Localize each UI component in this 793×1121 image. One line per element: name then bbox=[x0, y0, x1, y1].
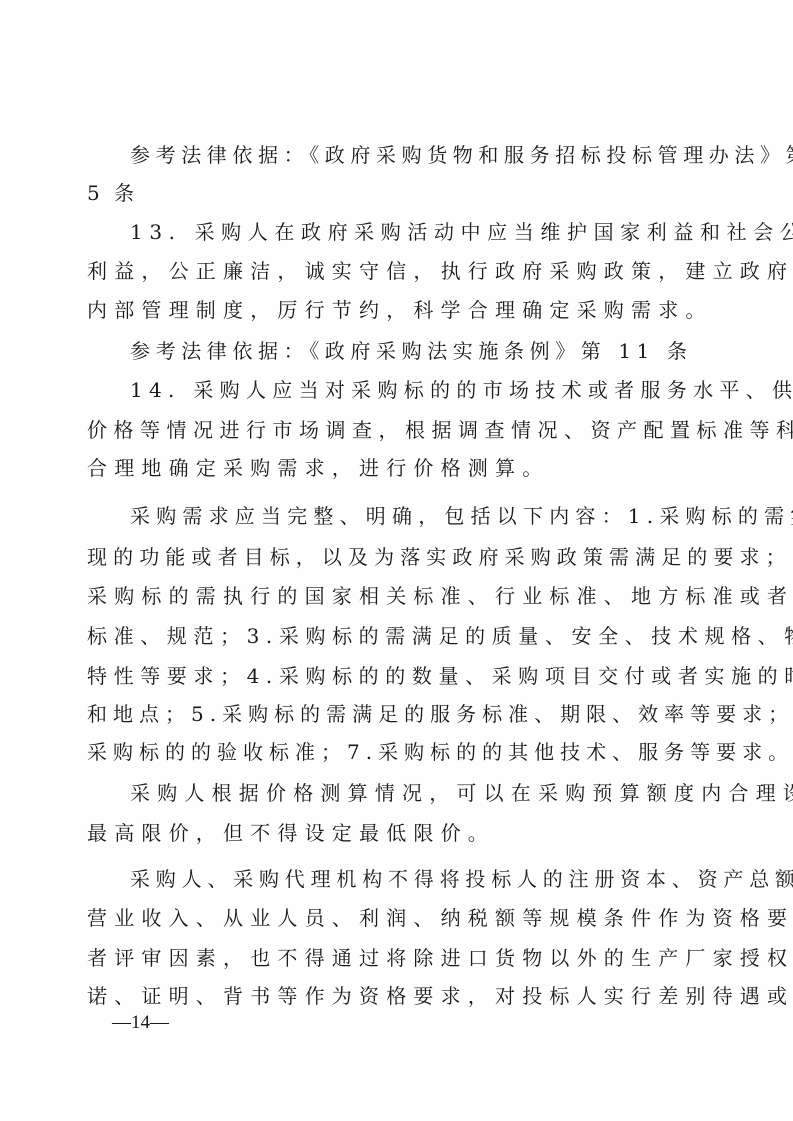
text-line: 采购标的需执行的国家相关标准、行业标准、地方标准或者其他 bbox=[87, 584, 697, 608]
text-line: 营业收入、从业人员、利润、纳税额等规模条件作为资格要求或 bbox=[87, 906, 697, 930]
text-line: 标准、规范；3.采购标的需满足的质量、安全、技术规格、物理 bbox=[87, 624, 697, 648]
text-line: 参考法律依据：《政府采购法实施条例》第 11 条 bbox=[130, 339, 697, 363]
text-line: 诺、证明、背书等作为资格要求，对投标人实行差别待遇或者歧 bbox=[87, 984, 697, 1008]
text-line: 现的功能或者目标，以及为落实政府采购政策需满足的要求；2. bbox=[87, 545, 697, 569]
text-line: 利益，公正廉洁，诚实守信，执行政府采购政策，建立政府采购 bbox=[87, 259, 697, 283]
text-line: 采购需求应当完整、明确，包括以下内容：1.采购标的需实 bbox=[130, 504, 697, 528]
text-line: 者评审因素，也不得通过将除进口货物以外的生产厂家授权、承 bbox=[87, 946, 697, 970]
text-line: 14. 采购人应当对采购标的的市场技术或者服务水平、供应、 bbox=[130, 378, 697, 402]
text-line: 采购人根据价格测算情况，可以在采购预算额度内合理设定 bbox=[130, 781, 697, 805]
text-line: 最高限价，但不得设定最低限价。 bbox=[87, 821, 697, 845]
document-page: 参考法律依据：《政府采购货物和服务招标投标管理办法》第5 条13. 采购人在政府… bbox=[0, 0, 793, 1121]
text-line: 采购人、采购代理机构不得将投标人的注册资本、资产总额、 bbox=[130, 867, 697, 891]
text-line: 和地点；5.采购标的需满足的服务标准、期限、效率等要求；6. bbox=[87, 702, 697, 726]
page-number: —14— bbox=[112, 1011, 169, 1035]
text-line: 5 条 bbox=[87, 181, 697, 205]
text-line: 价格等情况进行市场调查，根据调查情况、资产配置标准等科学、 bbox=[87, 418, 697, 442]
text-line: 特性等要求；4.采购标的的数量、采购项目交付或者实施的时间 bbox=[87, 664, 697, 688]
text-line: 内部管理制度，厉行节约，科学合理确定采购需求。 bbox=[87, 298, 697, 322]
text-line: 合理地确定采购需求，进行价格测算。 bbox=[87, 456, 697, 480]
text-line: 13. 采购人在政府采购活动中应当维护国家利益和社会公共 bbox=[130, 220, 697, 244]
text-line: 参考法律依据：《政府采购货物和服务招标投标管理办法》第 bbox=[130, 143, 697, 167]
text-line: 采购标的的验收标准；7.采购标的的其他技术、服务等要求。 bbox=[87, 740, 697, 764]
